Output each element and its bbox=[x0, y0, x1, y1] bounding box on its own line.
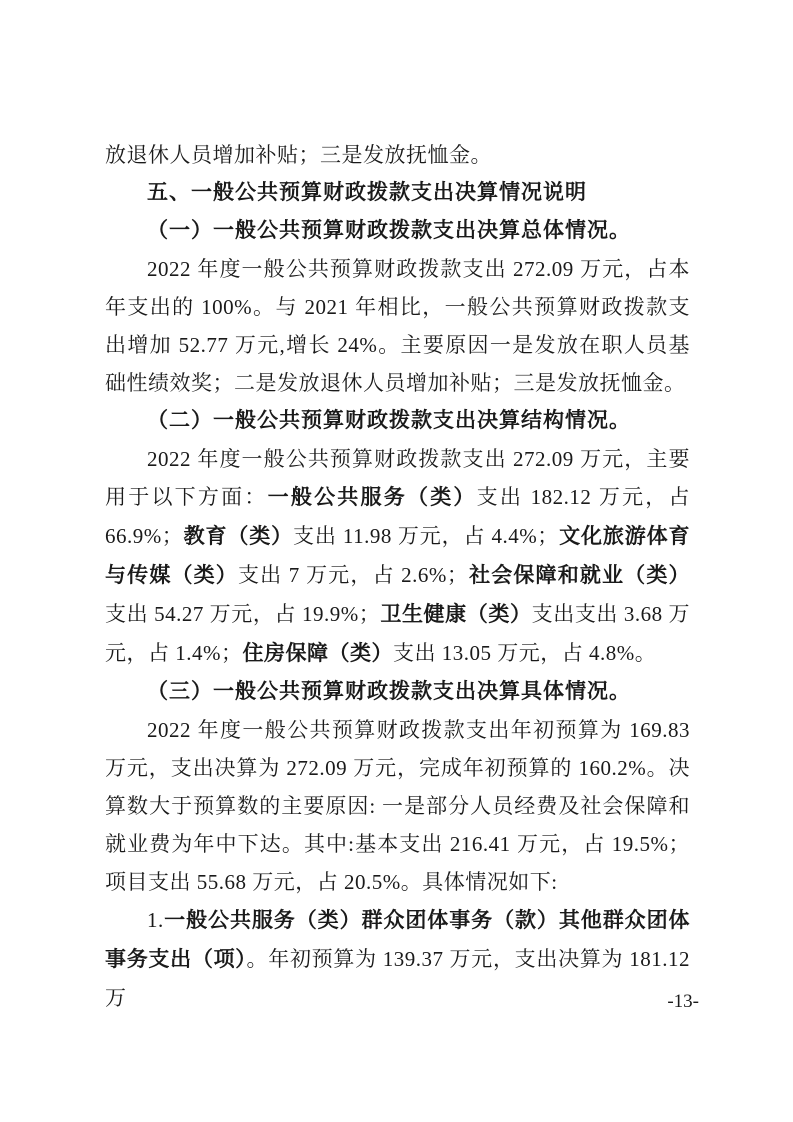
text-segment: 2022 年度一般公共预算财政拨款支出年初预算为 169.83 万元，支出决算为… bbox=[105, 718, 690, 894]
text-segment: 2022 年度一般公共预算财政拨款支出 272.09 万元，占本年支出的 100… bbox=[105, 257, 690, 395]
subsection-heading: （一）一般公共预算财政拨款支出决算总体情况。 bbox=[105, 212, 690, 250]
text-segment: 支出 54.27 万元，占 19.9%； bbox=[105, 602, 380, 626]
paragraph: 1.一般公共服务（类）群众团体事务（款）其他群众团体事务支出（项）。年初预算为 … bbox=[105, 901, 690, 1017]
text-segment: （一）一般公共预算财政拨款支出决算总体情况。 bbox=[147, 219, 631, 242]
page-number: -13- bbox=[667, 990, 699, 1014]
text-segment: 五、一般公共预算财政拨款支出决算情况说明 bbox=[147, 181, 587, 204]
paragraph: 2022 年度一般公共预算财政拨款支出年初预算为 169.83 万元，支出决算为… bbox=[105, 711, 690, 901]
text-segment: 1. bbox=[147, 908, 164, 932]
bold-text-segment: 卫生健康（类） bbox=[380, 603, 531, 626]
bold-text-segment: 住房保障（类） bbox=[243, 642, 394, 665]
text-segment: 支出 11.98 万元，占 4.4%； bbox=[293, 524, 559, 548]
text-segment: （二）一般公共预算财政拨款支出决算结构情况。 bbox=[147, 409, 631, 432]
text-segment: 支出 7 万元，占 2.6%； bbox=[238, 563, 468, 587]
paragraph: 2022 年度一般公共预算财政拨款支出 272.09 万元，主要用于以下方面：一… bbox=[105, 440, 690, 673]
document-body: 放退休人员增加补贴；三是发放抚恤金。五、一般公共预算财政拨款支出决算情况说明（一… bbox=[105, 136, 690, 1017]
bold-text-segment: 教育（类） bbox=[183, 525, 293, 548]
text-segment: 放退休人员增加补贴；三是发放抚恤金。 bbox=[105, 143, 492, 167]
subsection-heading: （三）一般公共预算财政拨款支出决算具体情况。 bbox=[105, 673, 690, 711]
document-page: 放退休人员增加补贴；三是发放抚恤金。五、一般公共预算财政拨款支出决算情况说明（一… bbox=[0, 0, 793, 1122]
bold-text-segment: 一般公共服务（类） bbox=[268, 486, 477, 509]
subsection-heading: （二）一般公共预算财政拨款支出决算结构情况。 bbox=[105, 402, 690, 440]
continuation-paragraph: 放退休人员增加补贴；三是发放抚恤金。 bbox=[105, 136, 690, 174]
text-segment: （三）一般公共预算财政拨款支出决算具体情况。 bbox=[147, 680, 631, 703]
section-heading: 五、一般公共预算财政拨款支出决算情况说明 bbox=[105, 174, 690, 212]
text-segment: 支出 13.05 万元，占 4.8%。 bbox=[393, 641, 656, 665]
bold-text-segment: 社会保障和就业（类） bbox=[468, 564, 690, 587]
paragraph: 2022 年度一般公共预算财政拨款支出 272.09 万元，占本年支出的 100… bbox=[105, 250, 690, 402]
